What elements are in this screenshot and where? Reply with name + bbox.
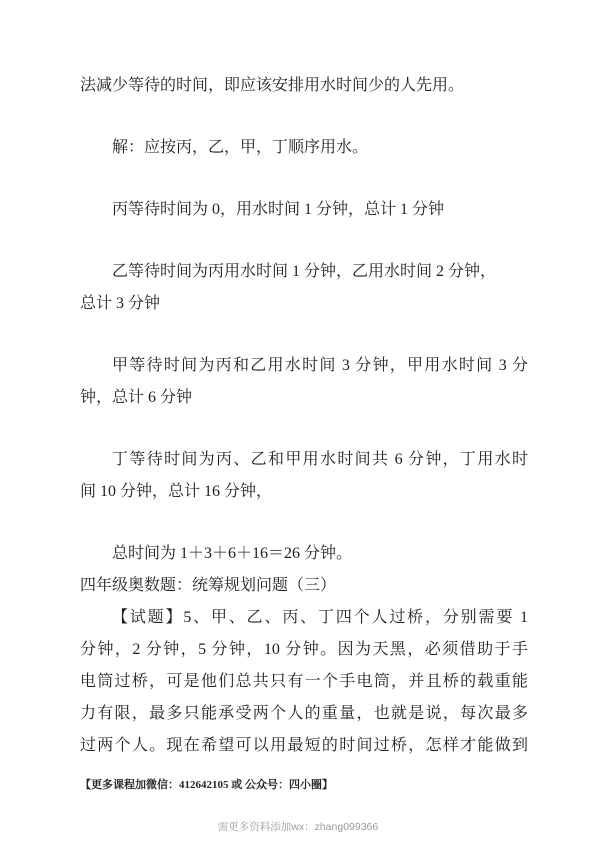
text-line: 丙等待时间为 0，用水时间 1 分钟，总计 1 分钟	[80, 194, 528, 226]
text-line: 丁等待时间为丙、乙和甲用水时间共 6 分钟，丁用水时	[80, 444, 528, 476]
footer-promo-text: 【更多课程加微信：412642105 或 公众号：四小圈】	[80, 775, 333, 795]
text-line: 钟，总计 6 分钟	[80, 382, 528, 414]
text-line: 分钟，2 分钟，5 分钟，10 分钟。因为天黑，必须借助于手	[80, 634, 528, 666]
text-line: 四年级奥数题：统筹规划问题（三）	[80, 570, 528, 602]
text-line: 电筒过桥，可是他们总共只有一个手电筒，并且桥的载重能	[80, 666, 528, 698]
text-line: 力有限，最多只能承受两个人的重量，也就是说，每次最多	[80, 698, 528, 730]
text-line: 过两个人。现在希望可以用最短的时间过桥，怎样才能做到	[80, 730, 528, 762]
text-line: 乙等待时间为丙用水时间 1 分钟，乙用水时间 2 分钟，	[80, 256, 528, 288]
text-line: 间 10 分钟，总计 16 分钟，	[80, 476, 528, 508]
document-body: 法减少等待的时间，即应该安排用水时间少的人先用。解：应按丙，乙，甲，丁顺序用水。…	[80, 70, 528, 762]
text-line: 甲等待时间为丙和乙用水时间 3 分钟，甲用水时间 3 分	[80, 350, 528, 382]
text-line: 法减少等待的时间，即应该安排用水时间少的人先用。	[80, 70, 528, 102]
text-line: 【试题】5、甲、乙、丙、丁四个人过桥，分别需要 1	[80, 602, 528, 634]
text-line: 解：应按丙，乙，甲，丁顺序用水。	[80, 132, 528, 164]
text-line: 总计 3 分钟	[80, 288, 528, 320]
footer-watermark-text: 需更多资料添加wx：zhang099366	[0, 819, 596, 835]
document-page: 法减少等待的时间，即应该安排用水时间少的人先用。解：应按丙，乙，甲，丁顺序用水。…	[0, 0, 596, 842]
text-line: 总时间为 1＋3＋6＋16＝26 分钟。	[80, 538, 528, 570]
